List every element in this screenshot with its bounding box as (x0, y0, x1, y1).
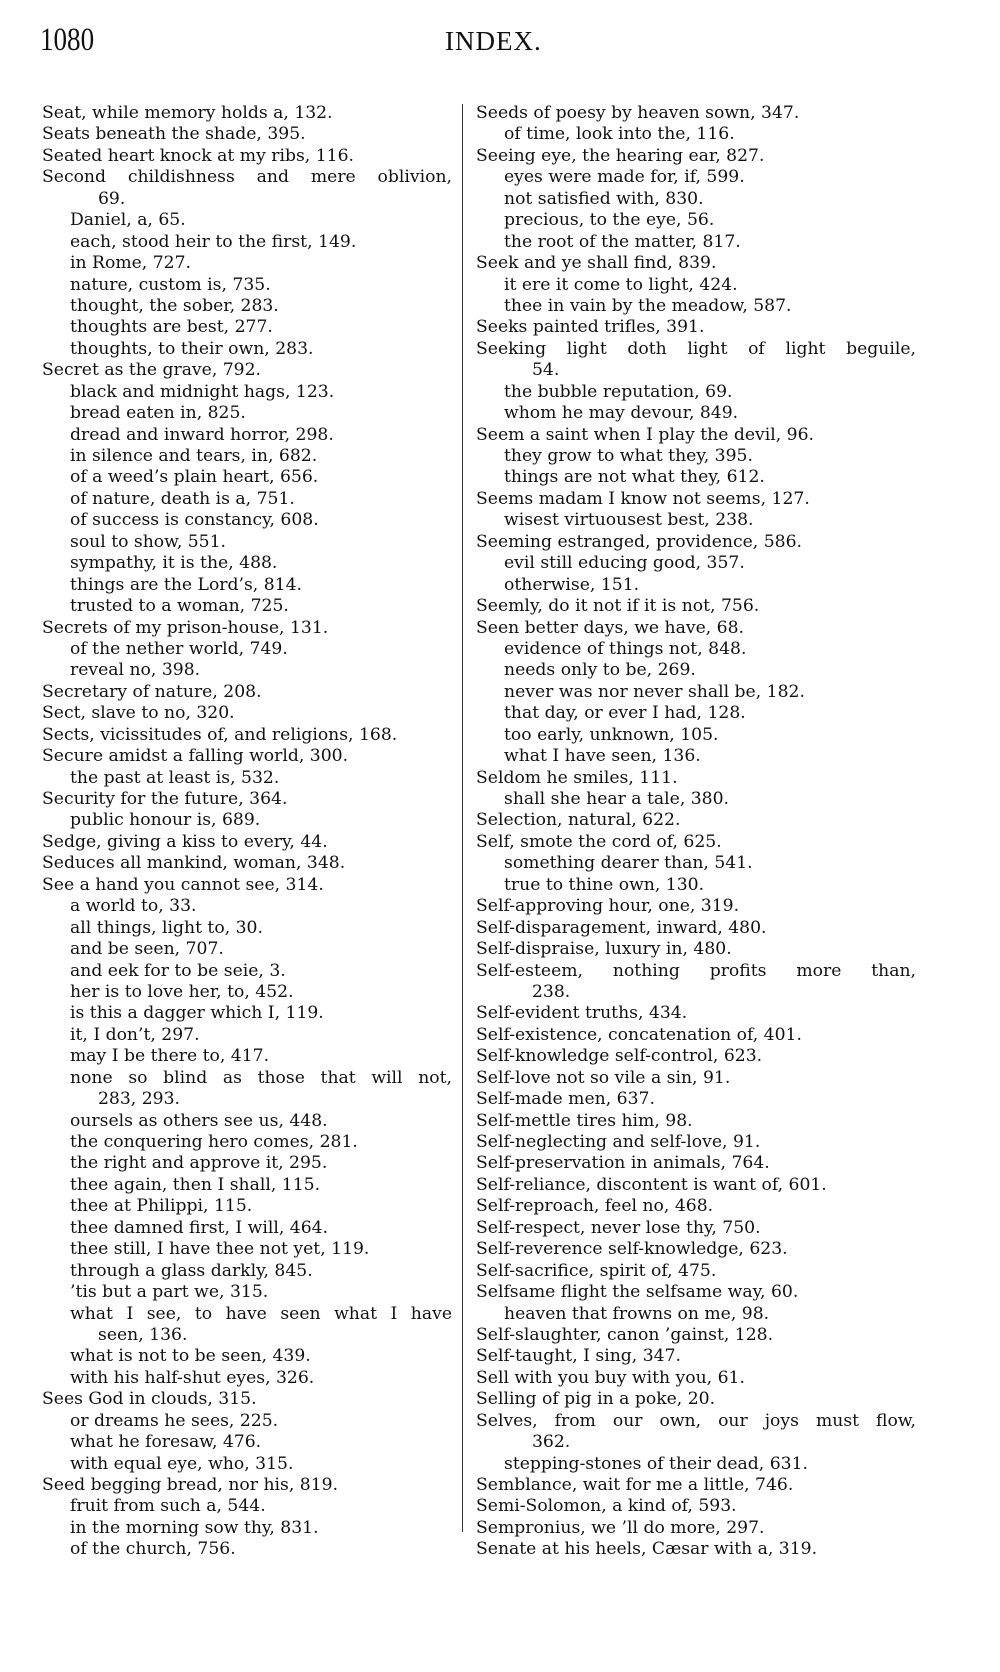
index-subentry: that day, or ever I had, 128. (476, 703, 916, 724)
index-subentry: heaven that frowns on me, 98. (476, 1304, 916, 1325)
index-subentry: trusted to a woman, 725. (42, 596, 452, 617)
index-entry: Seat, while memory holds a, 132. (42, 103, 452, 124)
index-subentry: things are not what they, 612. (476, 467, 916, 488)
index-subentry: they grow to what they, 395. (476, 446, 916, 467)
index-subentry: not satisfied with, 830. (476, 189, 916, 210)
index-entry-continuation: 69. (42, 189, 452, 210)
index-subentry: thee in vain by the meadow, 587. (476, 296, 916, 317)
index-entry-continuation: seen, 136. (42, 1325, 452, 1346)
index-subentry: the bubble reputation, 69. (476, 382, 916, 403)
index-entry: Self-taught, I sing, 347. (476, 1346, 916, 1367)
index-subentry: of the church, 756. (42, 1539, 452, 1560)
index-subentry: evidence of things not, 848. (476, 639, 916, 660)
index-subentry: it ere it come to light, 424. (476, 275, 916, 296)
index-entry: Sedge, giving a kiss to every, 44. (42, 832, 452, 853)
index-subentry: a world to, 33. (42, 896, 452, 917)
index-subentry: of nature, death is a, 751. (42, 489, 452, 510)
index-subentry: what he foresaw, 476. (42, 1432, 452, 1453)
index-entry: Self-reliance, discontent is want of, 60… (476, 1175, 916, 1196)
index-entry: Security for the future, 364. (42, 789, 452, 810)
index-entry: Self-disparagement, inward, 480. (476, 918, 916, 939)
index-subentry: thee damned first, I will, 464. (42, 1218, 452, 1239)
index-subentry: in Rome, 727. (42, 253, 452, 274)
index-subentry: through a glass darkly, 845. (42, 1261, 452, 1282)
column-divider (462, 104, 463, 1532)
index-subentry: needs only to be, 269. (476, 660, 916, 681)
index-subentry: bread eaten in, 825. (42, 403, 452, 424)
index-entry: Self-reverence self-knowledge, 623. (476, 1239, 916, 1260)
index-subentry: reveal no, 398. (42, 660, 452, 681)
index-subentry: never was nor never shall be, 182. (476, 682, 916, 703)
index-subentry: is this a dagger which I, 119. (42, 1003, 452, 1024)
index-entry: Selling of pig in a poke, 20. (476, 1389, 916, 1410)
index-subentry: the right and approve it, 295. (42, 1153, 452, 1174)
index-subentry: what I see, to have seen what I have (42, 1304, 452, 1325)
index-subentry: soul to show, 551. (42, 532, 452, 553)
index-entry: Seen better days, we have, 68. (476, 618, 916, 639)
index-subentry: something dearer than, 541. (476, 853, 916, 874)
index-entry: Semi-Solomon, a kind of, 593. (476, 1496, 916, 1517)
index-subentry: in the morning sow thy, 831. (42, 1518, 452, 1539)
index-column-right: Seeds of poesy by heaven sown, 347.of ti… (476, 103, 916, 1561)
index-entry: Self-mettle tires him, 98. (476, 1111, 916, 1132)
index-entry: Secret as the grave, 792. (42, 360, 452, 381)
index-subentry: of the nether world, 749. (42, 639, 452, 660)
index-entry: Self-reproach, feel no, 468. (476, 1196, 916, 1217)
index-subentry: or dreams he sees, 225. (42, 1411, 452, 1432)
index-subentry: what I have seen, 136. (476, 746, 916, 767)
index-entry: Secretary of nature, 208. (42, 682, 452, 703)
index-subentry: the past at least is, 532. (42, 768, 452, 789)
index-entry: Seldom he smiles, 111. (476, 768, 916, 789)
index-entry: Seems madam I know not seems, 127. (476, 489, 916, 510)
page-number: 1080 (40, 22, 94, 59)
index-subentry: oursels as others see us, 448. (42, 1111, 452, 1132)
index-subentry: and be seen, 707. (42, 939, 452, 960)
index-entry: Seed begging bread, nor his, 819. (42, 1475, 452, 1496)
index-subentry: what is not to be seen, 439. (42, 1346, 452, 1367)
index-subentry: fruit from such a, 544. (42, 1496, 452, 1517)
index-subentry: whom he may devour, 849. (476, 403, 916, 424)
index-subentry: and eek for to be seie, 3. (42, 961, 452, 982)
index-entry: Semblance, wait for me a little, 746. (476, 1475, 916, 1496)
index-entry: Seduces all mankind, woman, 348. (42, 853, 452, 874)
index-entry: Self-made men, 637. (476, 1089, 916, 1110)
index-entry: Selfsame flight the selfsame way, 60. (476, 1282, 916, 1303)
index-entry: Self-slaughter, canon ’gainst, 128. (476, 1325, 916, 1346)
index-subentry: the conquering hero comes, 281. (42, 1132, 452, 1153)
index-entry: Seats beneath the shade, 395. (42, 124, 452, 145)
index-subentry: each, stood heir to the first, 149. (42, 232, 452, 253)
index-entry: Self-existence, concatenation of, 401. (476, 1025, 916, 1046)
index-entry: Self-approving hour, one, 319. (476, 896, 916, 917)
index-subentry: her is to love her, to, 452. (42, 982, 452, 1003)
index-subentry: nature, custom is, 735. (42, 275, 452, 296)
index-entry-continuation: 362. (476, 1432, 916, 1453)
index-entry: Seemly, do it not if it is not, 756. (476, 596, 916, 617)
index-entry: Self-esteem, nothing profits more than, (476, 961, 916, 982)
running-head: INDEX. (445, 26, 542, 57)
index-subentry: thoughts are best, 277. (42, 317, 452, 338)
index-entry: Self-preservation in animals, 764. (476, 1153, 916, 1174)
index-entry: Self-dispraise, luxury in, 480. (476, 939, 916, 960)
index-subentry: Daniel, a, 65. (42, 210, 452, 231)
index-entry: Self-knowledge self-control, 623. (476, 1046, 916, 1067)
index-subentry: of success is constancy, 608. (42, 510, 452, 531)
index-column-left: Seat, while memory holds a, 132.Seats be… (42, 103, 452, 1561)
index-entry-continuation: 54. (476, 360, 916, 381)
index-entry: Seem a saint when I play the devil, 96. (476, 425, 916, 446)
index-entry: Secrets of my prison-house, 131. (42, 618, 452, 639)
index-entry: Seeing eye, the hearing ear, 827. (476, 146, 916, 167)
index-subentry: thee again, then I shall, 115. (42, 1175, 452, 1196)
index-entry-continuation: 238. (476, 982, 916, 1003)
index-subentry: the root of the matter, 817. (476, 232, 916, 253)
index-subentry: ’tis but a part we, 315. (42, 1282, 452, 1303)
index-subentry: with equal eye, who, 315. (42, 1454, 452, 1475)
index-entry: Seated heart knock at my ribs, 116. (42, 146, 452, 167)
index-subentry: all things, light to, 30. (42, 918, 452, 939)
index-entry: Sempronius, we ’ll do more, 297. (476, 1518, 916, 1539)
index-entry: Self-respect, never lose thy, 750. (476, 1218, 916, 1239)
index-entry: Sects, vicissitudes of, and religions, 1… (42, 725, 452, 746)
index-subentry: shall she hear a tale, 380. (476, 789, 916, 810)
index-subentry: thought, the sober, 283. (42, 296, 452, 317)
index-subentry: thoughts, to their own, 283. (42, 339, 452, 360)
index-subentry: stepping-stones of their dead, 631. (476, 1454, 916, 1475)
index-subentry: thee at Philippi, 115. (42, 1196, 452, 1217)
index-entry: Selection, natural, 622. (476, 810, 916, 831)
index-entry: Sees God in clouds, 315. (42, 1389, 452, 1410)
index-subentry: precious, to the eye, 56. (476, 210, 916, 231)
index-subentry: public honour is, 689. (42, 810, 452, 831)
index-entry: Self-love not so vile a sin, 91. (476, 1068, 916, 1089)
index-entry: Seeks painted trifles, 391. (476, 317, 916, 338)
index-subentry: dread and inward horror, 298. (42, 425, 452, 446)
index-entry: Selves, from our own, our joys must flow… (476, 1411, 916, 1432)
index-entry: Seeking light doth light of light beguil… (476, 339, 916, 360)
index-subentry: of a weed’s plain heart, 656. (42, 467, 452, 488)
index-subentry: evil still educing good, 357. (476, 553, 916, 574)
index-entry: Self-neglecting and self-love, 91. (476, 1132, 916, 1153)
index-subentry: thee still, I have thee not yet, 119. (42, 1239, 452, 1260)
index-subentry: none so blind as those that will not, (42, 1068, 452, 1089)
index-entry: See a hand you cannot see, 314. (42, 875, 452, 896)
index-subentry: wisest virtuousest best, 238. (476, 510, 916, 531)
index-subentry: otherwise, 151. (476, 575, 916, 596)
index-entry: Sell with you buy with you, 61. (476, 1368, 916, 1389)
index-subentry: sympathy, it is the, 488. (42, 553, 452, 574)
index-subentry: with his half-shut eyes, 326. (42, 1368, 452, 1389)
index-entry: Self-sacrifice, spirit of, 475. (476, 1261, 916, 1282)
index-subentry: true to thine own, 130. (476, 875, 916, 896)
index-entry: Second childishness and mere oblivion, (42, 167, 452, 188)
index-entry: Self-evident truths, 434. (476, 1003, 916, 1024)
index-subentry: may I be there to, 417. (42, 1046, 452, 1067)
index-entry: Secure amidst a falling world, 300. (42, 746, 452, 767)
index-entry: Sect, slave to no, 320. (42, 703, 452, 724)
index-subentry: in silence and tears, in, 682. (42, 446, 452, 467)
index-entry: Seeming estranged, providence, 586. (476, 532, 916, 553)
index-entry: Seek and ye shall find, 839. (476, 253, 916, 274)
index-subentry: black and midnight hags, 123. (42, 382, 452, 403)
index-subentry: eyes were made for, if, 599. (476, 167, 916, 188)
index-entry-continuation: 283, 293. (42, 1089, 452, 1110)
index-subentry: it, I don’t, 297. (42, 1025, 452, 1046)
index-subentry: too early, unknown, 105. (476, 725, 916, 746)
index-entry: Senate at his heels, Cæsar with a, 319. (476, 1539, 916, 1560)
index-subentry: things are the Lord’s, 814. (42, 575, 452, 596)
index-entry: Seeds of poesy by heaven sown, 347. (476, 103, 916, 124)
index-entry: Self, smote the cord of, 625. (476, 832, 916, 853)
index-subentry: of time, look into the, 116. (476, 124, 916, 145)
